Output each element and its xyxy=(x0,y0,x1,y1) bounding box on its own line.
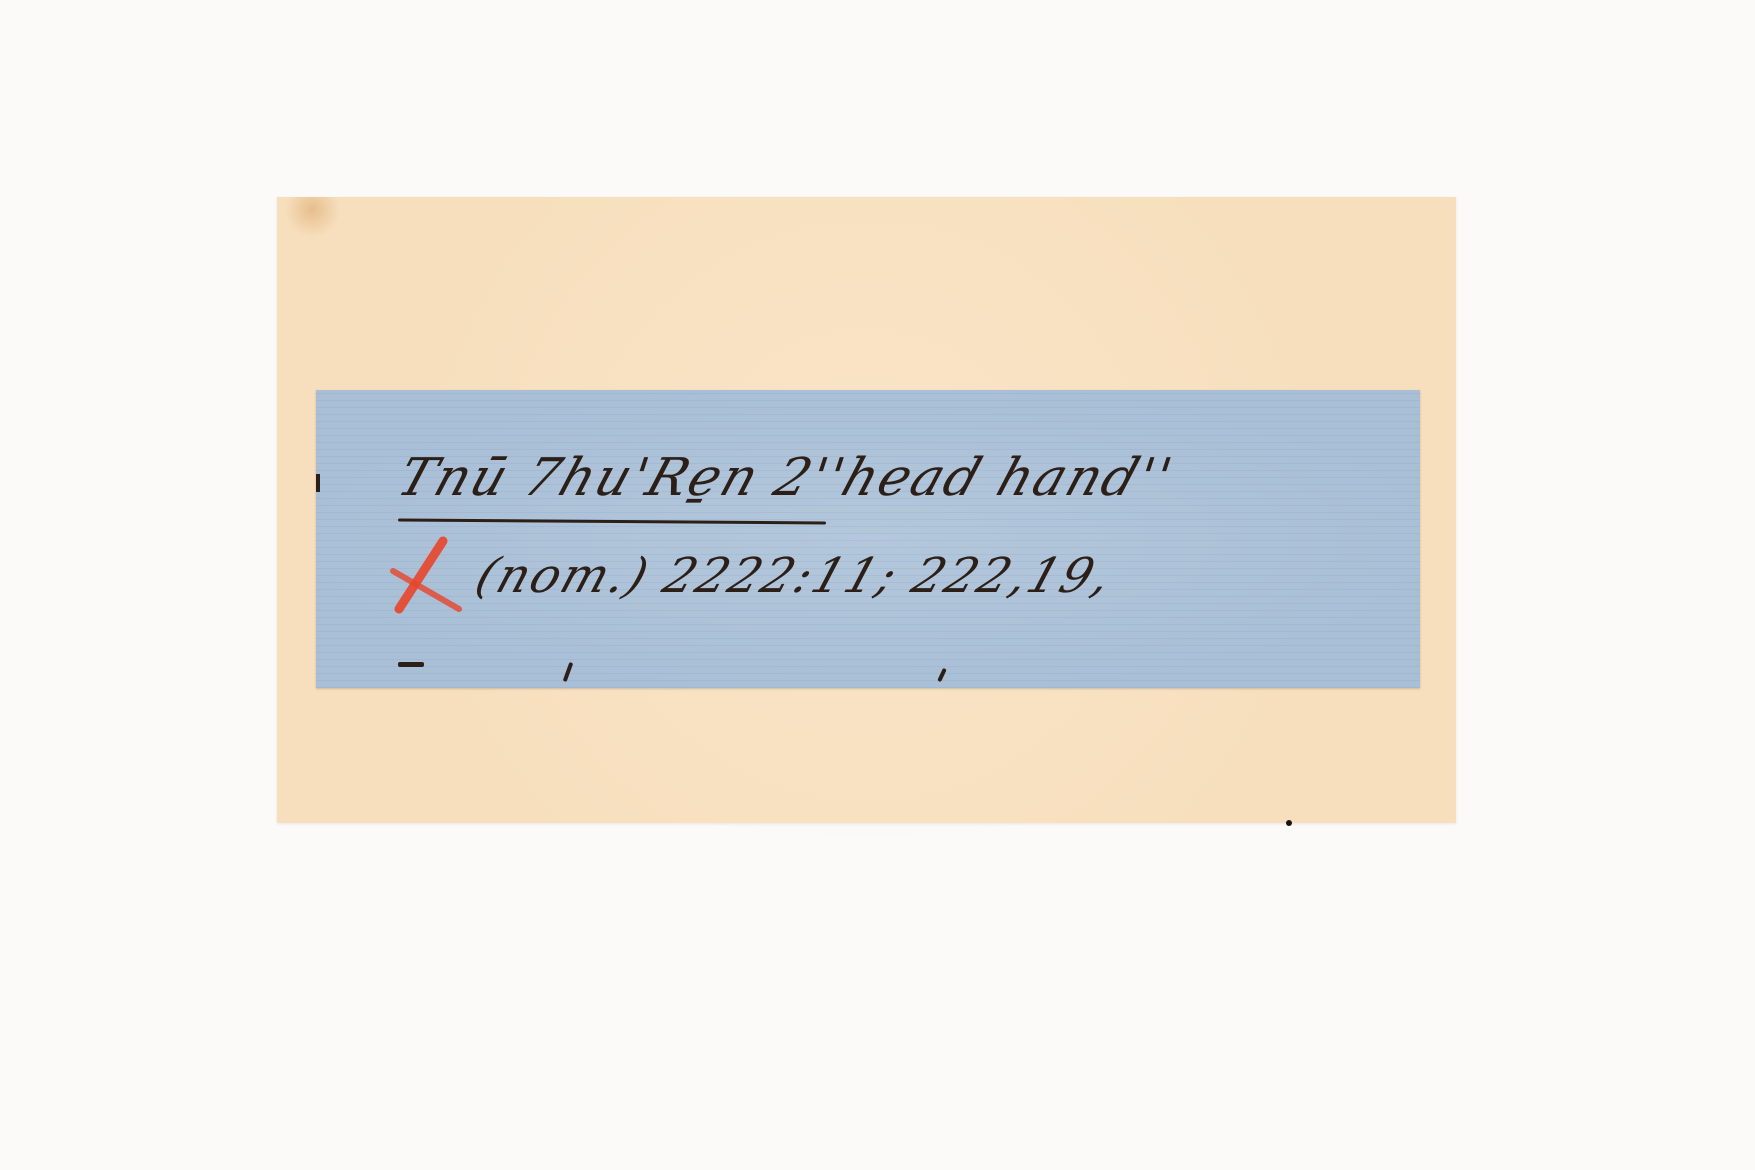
handwritten-line-2: (nom.) 2222:11; 222,19, xyxy=(469,548,1121,604)
ink-mark-left-edge xyxy=(316,474,320,492)
handwritten-line-1: Tnū 7hu'Re̱n 2''head hand'' xyxy=(390,448,1181,508)
ink-fragment-bottom-left xyxy=(398,662,424,667)
red-x-icon xyxy=(385,535,465,615)
blue-paper-slip xyxy=(316,390,1420,688)
ink-dot xyxy=(1286,820,1292,826)
